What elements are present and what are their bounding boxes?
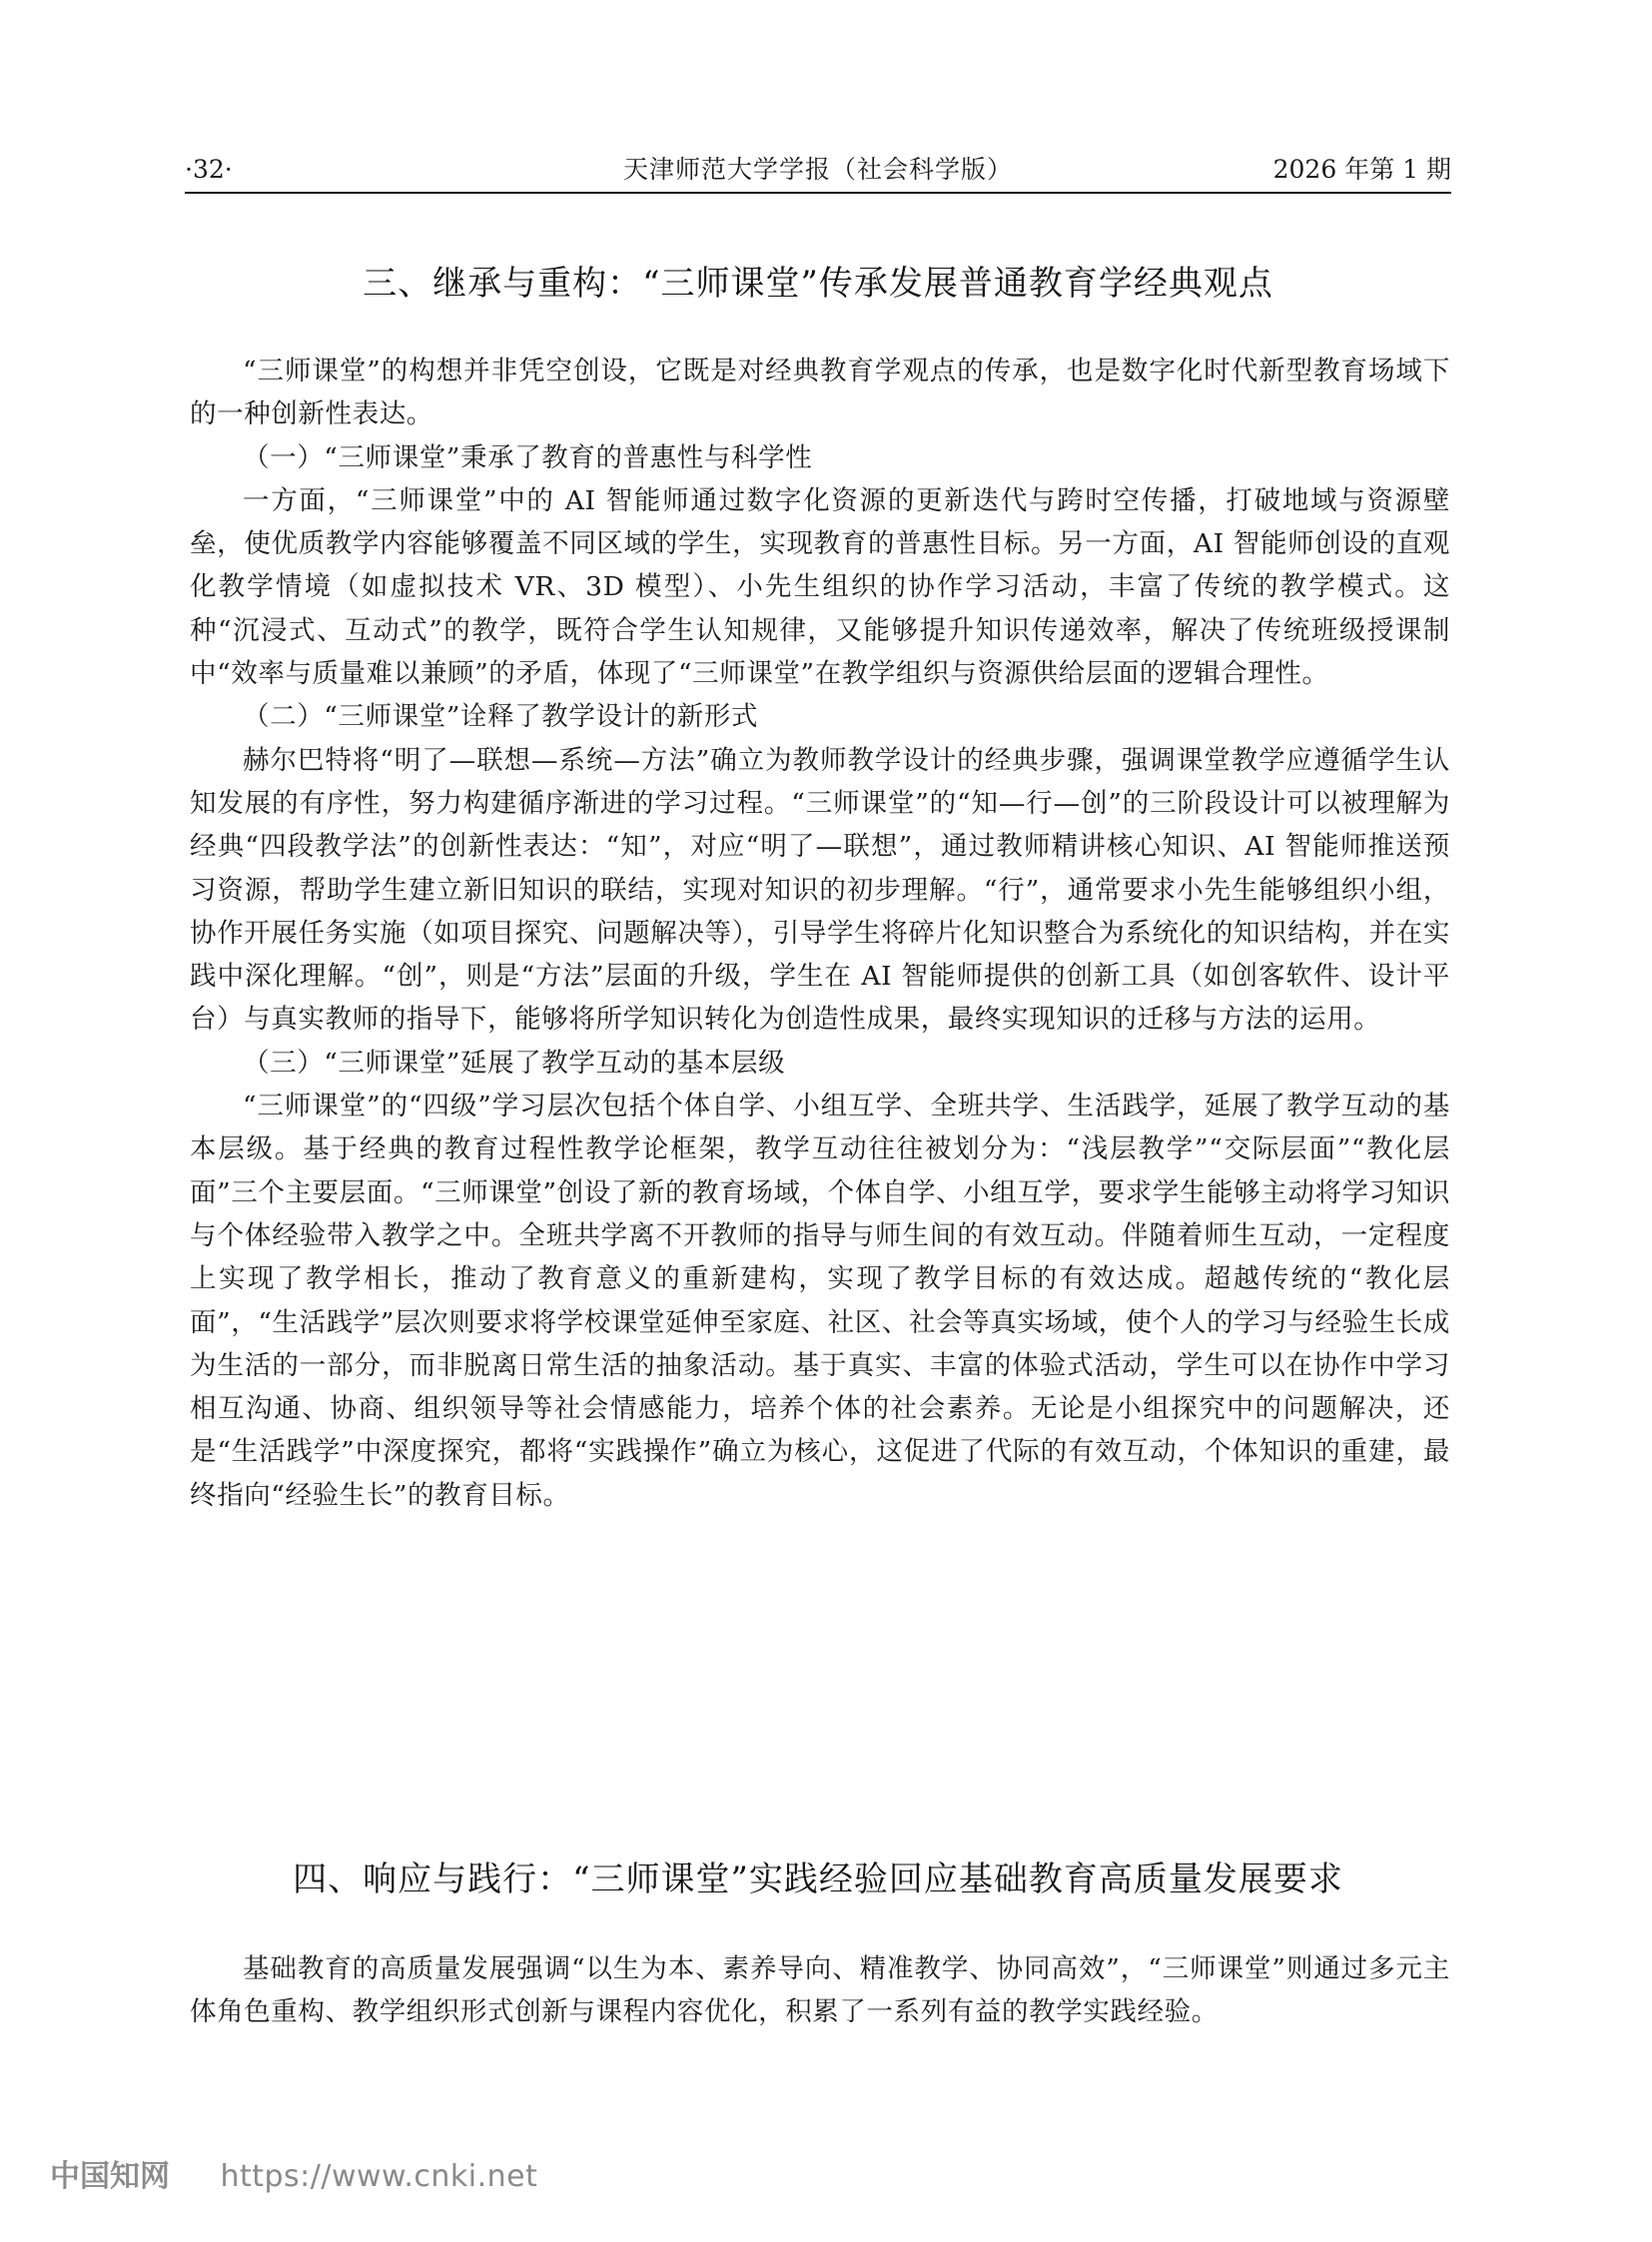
section-3-title: 三、继承与重构：“三师课堂”传承发展普通教育学经典观点	[185, 262, 1451, 306]
issue-label: 2026 年第 1 期	[1273, 150, 1451, 190]
paragraph: “三师课堂”的“四级”学习层次包括个体自学、小组互学、全班共学、生活践学，延展了…	[190, 1085, 1450, 1517]
paragraph: 赫尔巴特将“明了—联想—系统—方法”确立为教师教学设计的经典步骤，强调课堂教学应…	[190, 739, 1450, 1042]
subheading-1: （一）“三师课堂”秉承了教育的普惠性与科学性	[190, 436, 1450, 479]
paragraph: 一方面，“三师课堂”中的 AI 智能师通过数字化资源的更新迭代与跨时空传播，打破…	[190, 479, 1450, 695]
cnki-url[interactable]: https://www.cnki.net	[220, 2152, 537, 2202]
journal-title: 天津师范大学学报（社会科学版）	[185, 150, 1451, 190]
section-3-body: “三师课堂”的构想并非凭空创设，它既是对经典教育学观点的传承，也是数字化时代新型…	[190, 350, 1450, 1517]
section-4-body: 基础教育的高质量发展强调“以生为本、素养导向、精准教学、协同高效”，“三师课堂”…	[190, 1947, 1450, 2034]
cnki-brand: 中国知网	[50, 2152, 170, 2202]
paragraph: 基础教育的高质量发展强调“以生为本、素养导向、精准教学、协同高效”，“三师课堂”…	[190, 1947, 1450, 2034]
section-4-title: 四、响应与践行：“三师课堂”实践经验回应基础教育高质量发展要求	[185, 1858, 1451, 1901]
subheading-2: （二）“三师课堂”诠释了教学设计的新形式	[190, 695, 1450, 738]
watermark-footer: 中国知网 https://www.cnki.net	[50, 2152, 537, 2202]
running-header: ·32· 天津师范大学学报（社会科学版） 2026 年第 1 期	[185, 150, 1451, 190]
header-divider	[185, 192, 1451, 194]
paragraph: “三师课堂”的构想并非凭空创设，它既是对经典教育学观点的传承，也是数字化时代新型…	[190, 350, 1450, 436]
subheading-3: （三）“三师课堂”延展了教学互动的基本层级	[190, 1042, 1450, 1085]
